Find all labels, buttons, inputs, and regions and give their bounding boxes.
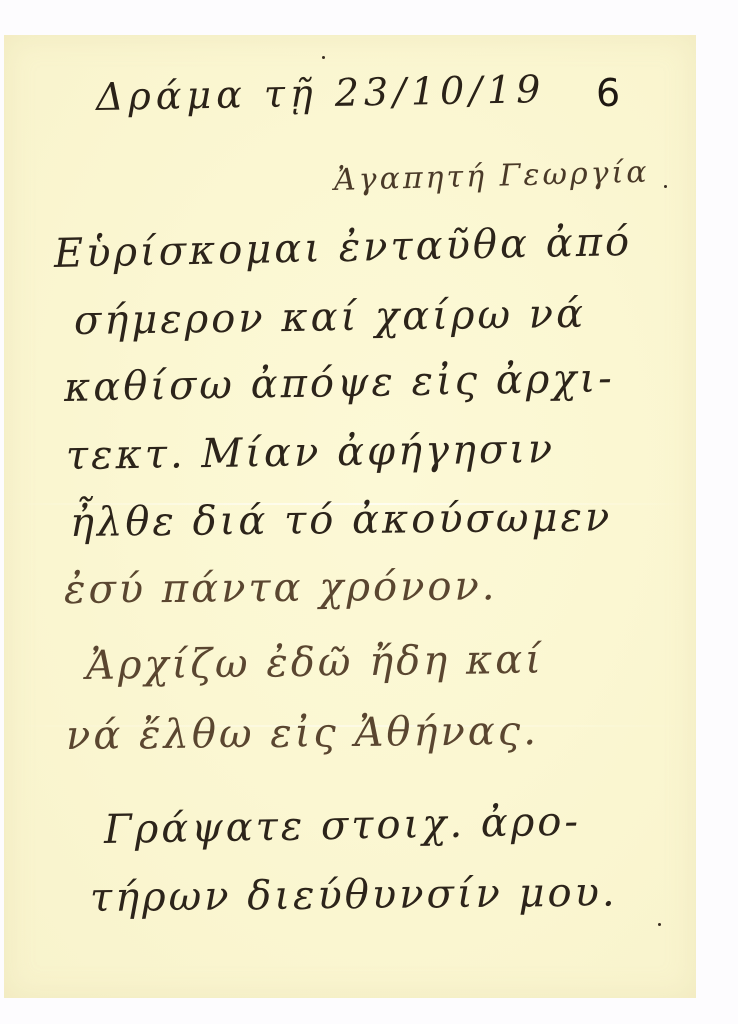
body-line-5: ἦλθε διά τό ἀκούσωμεν xyxy=(70,494,613,546)
page-number: 6 xyxy=(596,71,620,115)
body-line-1: Εὑρίσκομαι ἐνταῦθα ἀπό xyxy=(54,219,633,277)
body-line-10: τήρων διεύθυνσίν μου. xyxy=(90,869,618,921)
body-line-3: καθίσω ἀπόψε εἰς ἀρχι- xyxy=(64,355,616,411)
body-line-6: ἐσύ πάντα χρόνον. xyxy=(64,563,498,613)
ink-speck xyxy=(322,56,325,59)
ink-speck xyxy=(664,185,667,188)
letter-page: Δράμα τῇ 23/10/19 6 Ἀγαπητή Γεωργία Εὑρί… xyxy=(4,35,696,998)
body-line-7: Ἀρχίζω ἐδῶ ἤδη καί xyxy=(86,637,544,689)
body-line-8: νά ἔλθω εἰς Ἀθήνας. xyxy=(66,708,539,759)
body-line-4: τεκτ. Μίαν ἀφήγησιν xyxy=(66,426,556,479)
body-line-9: Γράψατε στοιχ. ἀρο- xyxy=(104,799,582,853)
ink-speck xyxy=(658,923,661,926)
body-line-2: σήμερον καί χαίρω νά xyxy=(74,291,587,344)
salutation: Ἀγαπητή Γεωργία xyxy=(334,155,650,198)
place-date-line: Δράμα τῇ 23/10/19 xyxy=(96,67,546,119)
